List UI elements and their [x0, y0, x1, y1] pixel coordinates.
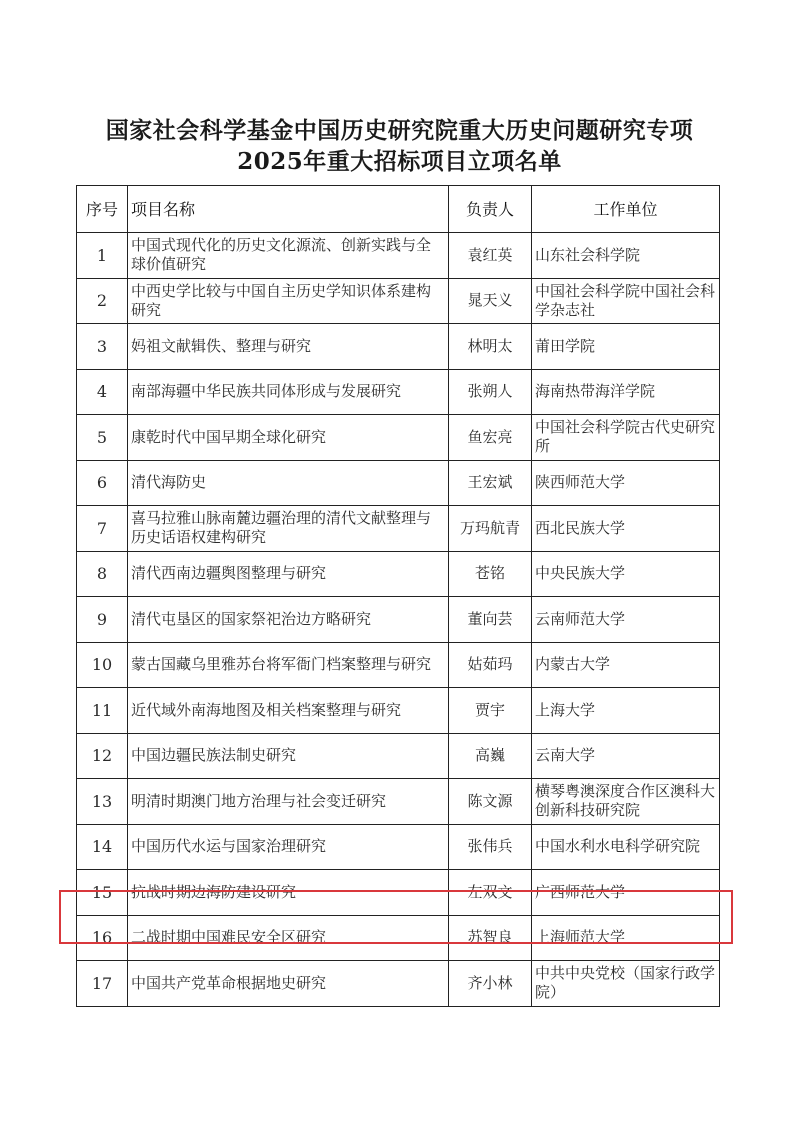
table-row: 12中国边疆民族法制史研究高巍云南大学: [77, 733, 720, 779]
cell-organization: 内蒙古大学: [532, 642, 720, 688]
cell-project-name: 清代屯垦区的国家祭祀治边方略研究: [128, 597, 449, 643]
cell-leader: 陈文源: [449, 779, 532, 825]
cell-number: 6: [77, 460, 128, 506]
table-row: 3妈祖文献辑佚、整理与研究林明太莆田学院: [77, 324, 720, 370]
table-row: 6清代海防史王宏斌陕西师范大学: [77, 460, 720, 506]
table-row: 1中国式现代化的历史文化源流、创新实践与全球价值研究袁红英山东社会科学院: [77, 233, 720, 279]
cell-number: 12: [77, 733, 128, 779]
header-project-name: 项目名称: [128, 186, 449, 233]
cell-project-name: 康乾时代中国早期全球化研究: [128, 415, 449, 461]
cell-number: 2: [77, 278, 128, 324]
cell-leader: 姑茹玛: [449, 642, 532, 688]
cell-number: 5: [77, 415, 128, 461]
highlight-box-row-15: [59, 890, 733, 944]
cell-number: 4: [77, 369, 128, 415]
cell-number: 13: [77, 779, 128, 825]
header-number: 序号: [77, 186, 128, 233]
cell-project-name: 中西史学比较与中国自主历史学知识体系建构研究: [128, 278, 449, 324]
table-row: 7喜马拉雅山脉南麓边疆治理的清代文献整理与历史话语权建构研究万玛航青西北民族大学: [77, 506, 720, 552]
cell-leader: 晁天义: [449, 278, 532, 324]
document-title-line1: 国家社会科学基金中国历史研究院重大历史问题研究专项: [0, 112, 799, 145]
cell-organization: 中共中央党校（国家行政学院）: [532, 961, 720, 1007]
cell-number: 8: [77, 551, 128, 597]
cell-leader: 苍铭: [449, 551, 532, 597]
cell-project-name: 中国历代水运与国家治理研究: [128, 824, 449, 870]
table-row: 11近代域外南海地图及相关档案整理与研究贾宇上海大学: [77, 688, 720, 734]
cell-project-name: 清代海防史: [128, 460, 449, 506]
header-organization: 工作单位: [532, 186, 720, 233]
cell-number: 10: [77, 642, 128, 688]
cell-organization: 西北民族大学: [532, 506, 720, 552]
cell-leader: 袁红英: [449, 233, 532, 279]
table-row: 17中国共产党革命根据地史研究齐小林中共中央党校（国家行政学院）: [77, 961, 720, 1007]
document-title-line2: 2025年重大招标项目立项名单: [0, 143, 799, 176]
table-row: 9清代屯垦区的国家祭祀治边方略研究董向芸云南师范大学: [77, 597, 720, 643]
header-leader: 负责人: [449, 186, 532, 233]
cell-organization: 上海大学: [532, 688, 720, 734]
cell-organization: 山东社会科学院: [532, 233, 720, 279]
cell-leader: 林明太: [449, 324, 532, 370]
cell-organization: 云南大学: [532, 733, 720, 779]
cell-organization: 莆田学院: [532, 324, 720, 370]
cell-number: 1: [77, 233, 128, 279]
cell-project-name: 中国边疆民族法制史研究: [128, 733, 449, 779]
cell-leader: 董向芸: [449, 597, 532, 643]
cell-organization: 陕西师范大学: [532, 460, 720, 506]
cell-project-name: 清代西南边疆舆图整理与研究: [128, 551, 449, 597]
table-row: 4南部海疆中华民族共同体形成与发展研究张朔人海南热带海洋学院: [77, 369, 720, 415]
cell-leader: 王宏斌: [449, 460, 532, 506]
cell-project-name: 中国共产党革命根据地史研究: [128, 961, 449, 1007]
cell-organization: 中国社会科学院中国社会科学杂志社: [532, 278, 720, 324]
cell-leader: 万玛航青: [449, 506, 532, 552]
cell-leader: 齐小林: [449, 961, 532, 1007]
cell-organization: 云南师范大学: [532, 597, 720, 643]
cell-project-name: 近代域外南海地图及相关档案整理与研究: [128, 688, 449, 734]
cell-leader: 张朔人: [449, 369, 532, 415]
table-row: 2中西史学比较与中国自主历史学知识体系建构研究晁天义中国社会科学院中国社会科学杂…: [77, 278, 720, 324]
cell-number: 17: [77, 961, 128, 1007]
table-row: 5康乾时代中国早期全球化研究鱼宏亮中国社会科学院古代史研究所: [77, 415, 720, 461]
cell-project-name: 南部海疆中华民族共同体形成与发展研究: [128, 369, 449, 415]
table-row: 8清代西南边疆舆图整理与研究苍铭中央民族大学: [77, 551, 720, 597]
cell-project-name: 明清时期澳门地方治理与社会变迁研究: [128, 779, 449, 825]
table-row: 13明清时期澳门地方治理与社会变迁研究陈文源横琴粤澳深度合作区澳科大创新科技研究…: [77, 779, 720, 825]
cell-leader: 贾宇: [449, 688, 532, 734]
cell-number: 14: [77, 824, 128, 870]
cell-project-name: 喜马拉雅山脉南麓边疆治理的清代文献整理与历史话语权建构研究: [128, 506, 449, 552]
cell-organization: 海南热带海洋学院: [532, 369, 720, 415]
project-list-table: 序号 项目名称 负责人 工作单位 1中国式现代化的历史文化源流、创新实践与全球价…: [76, 185, 720, 1007]
cell-leader: 鱼宏亮: [449, 415, 532, 461]
cell-project-name: 妈祖文献辑佚、整理与研究: [128, 324, 449, 370]
cell-organization: 中国水利水电科学研究院: [532, 824, 720, 870]
cell-number: 3: [77, 324, 128, 370]
table-header-row: 序号 项目名称 负责人 工作单位: [77, 186, 720, 233]
cell-organization: 中央民族大学: [532, 551, 720, 597]
table-row: 14中国历代水运与国家治理研究张伟兵中国水利水电科学研究院: [77, 824, 720, 870]
cell-number: 11: [77, 688, 128, 734]
cell-project-name: 中国式现代化的历史文化源流、创新实践与全球价值研究: [128, 233, 449, 279]
cell-leader: 张伟兵: [449, 824, 532, 870]
cell-number: 9: [77, 597, 128, 643]
cell-project-name: 蒙古国藏乌里雅苏台将军衙门档案整理与研究: [128, 642, 449, 688]
table-row: 10蒙古国藏乌里雅苏台将军衙门档案整理与研究姑茹玛内蒙古大学: [77, 642, 720, 688]
cell-organization: 横琴粤澳深度合作区澳科大创新科技研究院: [532, 779, 720, 825]
cell-leader: 高巍: [449, 733, 532, 779]
cell-number: 7: [77, 506, 128, 552]
cell-organization: 中国社会科学院古代史研究所: [532, 415, 720, 461]
